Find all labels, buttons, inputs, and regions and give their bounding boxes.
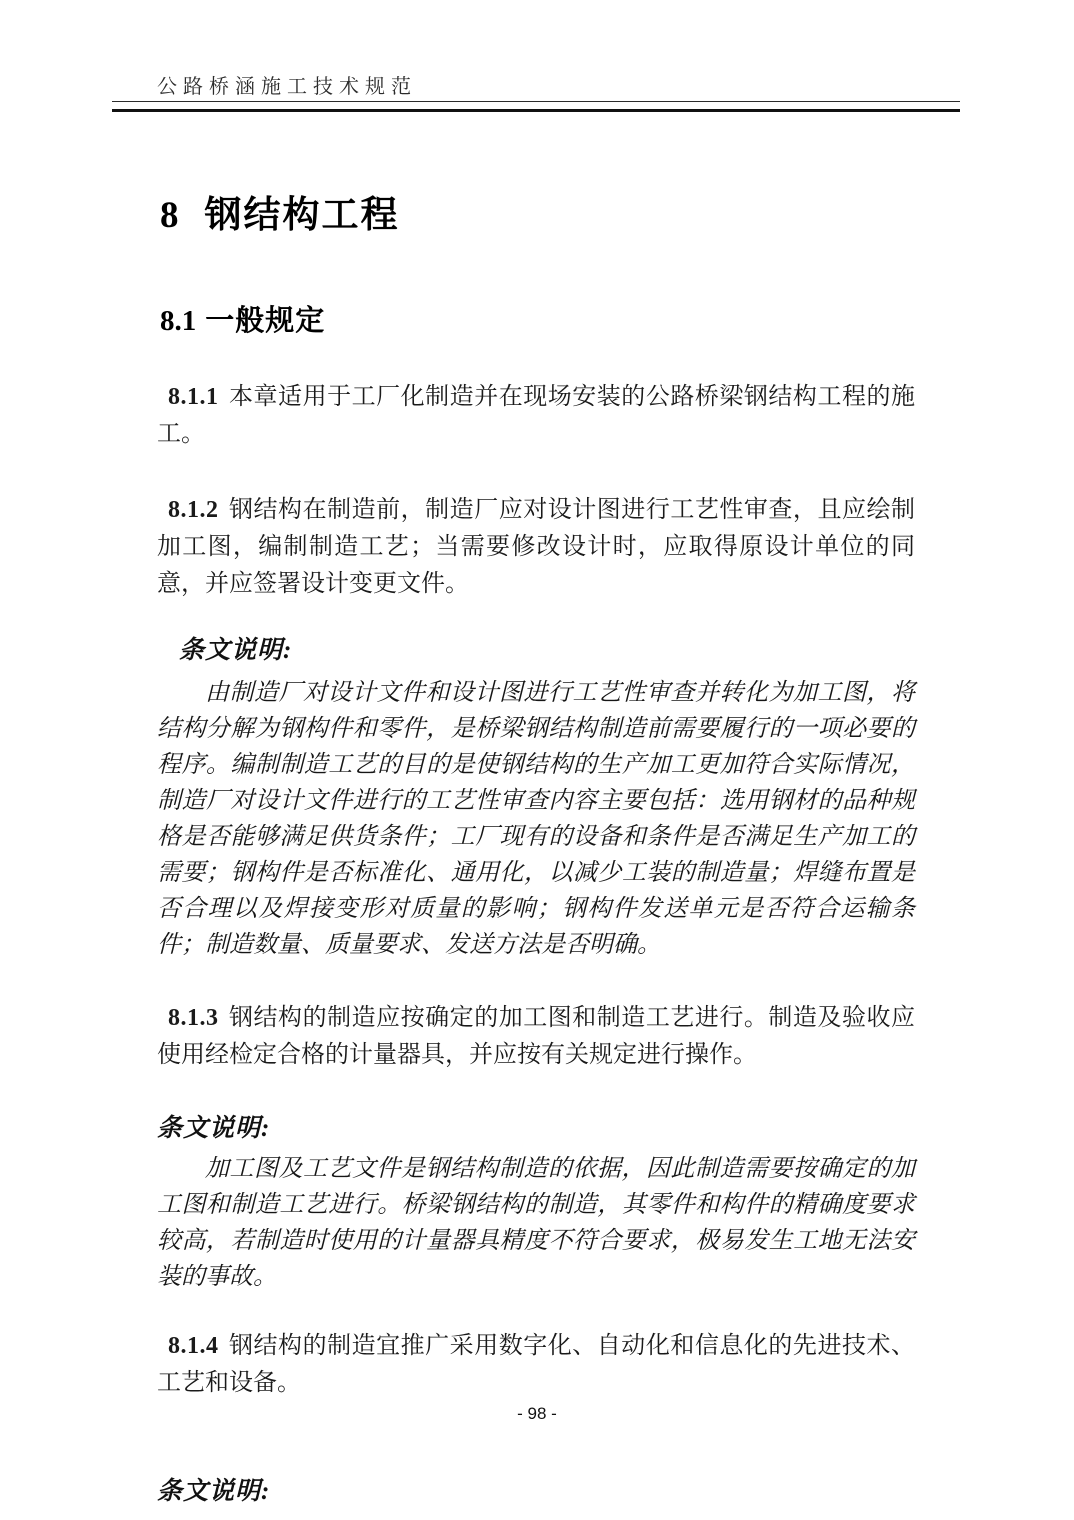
chapter-heading: 8钢结构工程 xyxy=(160,194,915,237)
clause-number: 8.1.2 xyxy=(168,497,219,523)
clause-8-1-4: 8.1.4钢结构的制造宜推广采用数字化、自动化和信息化的先进技术、工艺和设备。 xyxy=(157,1328,915,1402)
section-number: 8.1 xyxy=(160,305,196,337)
chapter-number: 8 xyxy=(160,195,179,236)
commentary-text-8-1-2: 由制造厂对设计文件和设计图进行工艺性审查并转化为加工图，将结构分解为钢构件和零件… xyxy=(157,675,915,963)
commentary-label: 条文说明: xyxy=(157,1475,915,1509)
header-title: 公路桥涵施工技术规范 xyxy=(157,76,960,98)
clause-text: 本章适用于工厂化制造并在现场安装的公路桥梁钢结构工程的施工。 xyxy=(157,384,915,447)
page-footer: - 98 - xyxy=(0,1404,1074,1424)
clause-number: 8.1.3 xyxy=(168,1005,219,1031)
page-header: 公路桥涵施工技术规范 xyxy=(112,76,960,112)
commentary-label: 条文说明: xyxy=(179,634,915,668)
clause-text: 钢结构的制造宜推广采用数字化、自动化和信息化的先进技术、工艺和设备。 xyxy=(157,1333,915,1396)
section-title: 一般规定 xyxy=(205,305,325,337)
page-number: - 98 - xyxy=(517,1404,557,1423)
clause-text: 钢结构在制造前，制造厂应对设计图进行工艺性审查，且应绘制加工图，编制制造工艺；当… xyxy=(157,497,915,597)
commentary-label: 条文说明: xyxy=(157,1112,915,1146)
clause-number: 8.1.1 xyxy=(168,384,219,410)
chapter-title: 钢结构工程 xyxy=(205,194,400,235)
clause-text: 钢结构的制造应按确定的加工图和制造工艺进行。制造及验收应使用经检定合格的计量器具… xyxy=(157,1005,915,1068)
document-page: 公路桥涵施工技术规范 8钢结构工程 8.1一般规定 8.1.1本章适用于工厂化制… xyxy=(0,0,1074,1520)
clause-8-1-3: 8.1.3钢结构的制造应按确定的加工图和制造工艺进行。制造及验收应使用经检定合格… xyxy=(157,1000,915,1074)
clause-number: 8.1.4 xyxy=(168,1333,219,1359)
clause-8-1-1: 8.1.1本章适用于工厂化制造并在现场安装的公路桥梁钢结构工程的施工。 xyxy=(157,379,915,453)
section-heading: 8.1一般规定 xyxy=(160,305,915,338)
commentary-text-8-1-3: 加工图及工艺文件是钢结构制造的依据，因此制造需要按确定的加工图和制造工艺进行。桥… xyxy=(157,1151,915,1295)
document-content: 8钢结构工程 8.1一般规定 8.1.1本章适用于工厂化制造并在现场安装的公路桥… xyxy=(157,110,915,1509)
clause-8-1-2: 8.1.2钢结构在制造前，制造厂应对设计图进行工艺性审查，且应绘制加工图，编制制… xyxy=(157,492,915,603)
